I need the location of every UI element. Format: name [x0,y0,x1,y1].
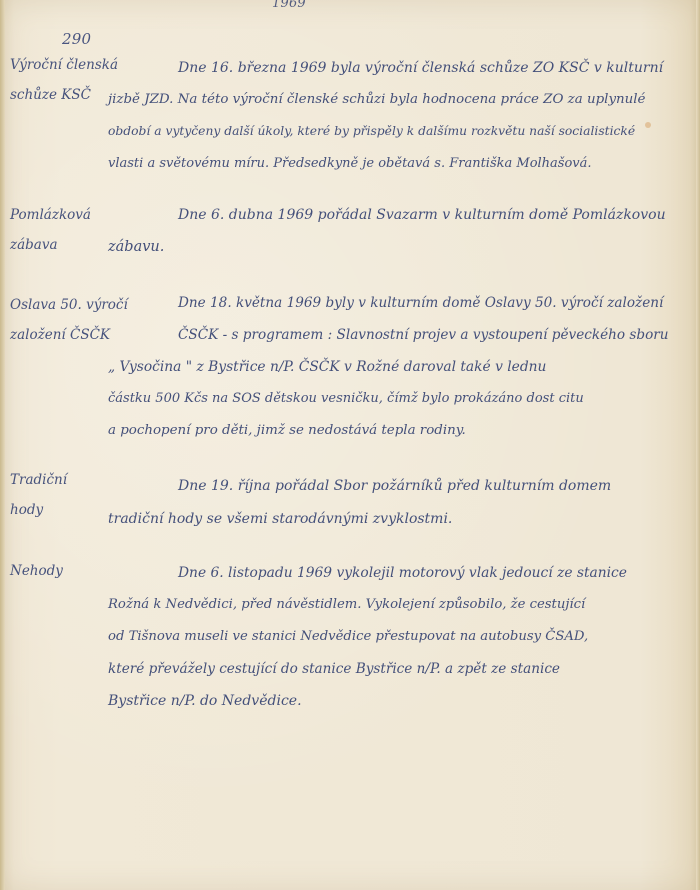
entry-line: ČSČK - s programem : Slavnostní projev a… [178,327,669,343]
entry-line: jizbě JZD. Na této výroční členské schůz… [108,92,645,107]
entry-line: Dne 18. května 1969 byly v kulturním dom… [178,295,663,311]
margin-title: Výroční členská schůze KSČ [10,50,118,110]
entry-line: částku 500 Kčs na SOS dětskou vesničku, … [108,391,584,406]
entry-line: „ Vysočina " z Bystřice n/P. ČSČK v Rožn… [108,359,546,375]
entry-line: Dne 6. listopadu 1969 vykolejil motorový… [178,565,627,581]
chronicle-page: 1969 290 Výroční členská schůze KSČ Dne … [0,0,700,890]
entry-line: Dne 19. října pořádal Sbor požárníků pře… [178,478,611,494]
entry-line: Rožná k Nedvědici, před návěstidlem. Vyk… [108,597,585,612]
entry-line: Dne 16. března 1969 byla výroční členská… [178,60,663,76]
entry-line: od Tišnova museli ve stanici Nedvědice p… [108,629,588,644]
entry-line: zábavu. [108,239,164,255]
page-right-edge [696,0,700,890]
entry-line: tradiční hody se všemi starodávnými zvyk… [108,511,452,527]
entry-line: Dne 6. dubna 1969 pořádal Svazarm v kult… [178,207,666,223]
page-binding-edge [0,0,5,890]
year-header: 1969 [272,0,306,11]
page-number: 290 [62,30,91,48]
entry-line: Bystřice n/P. do Nedvědice. [108,693,302,709]
entry-line: a pochopení pro děti, jimž se nedostává … [108,423,466,438]
margin-title: Tradiční hody [10,465,67,525]
paper-stain [645,122,651,128]
entry-line: období a vytyčeny další úkoly, které by … [108,124,635,138]
margin-title: Nehody [10,556,63,586]
margin-title: Pomlázková zábava [10,200,91,260]
margin-title: Oslava 50. výročí založení ČSČK [10,290,128,350]
entry-line: které převážely cestující do stanice Bys… [108,661,560,677]
entry-line: vlasti a světovému míru. Předsedkyně je … [108,156,592,171]
